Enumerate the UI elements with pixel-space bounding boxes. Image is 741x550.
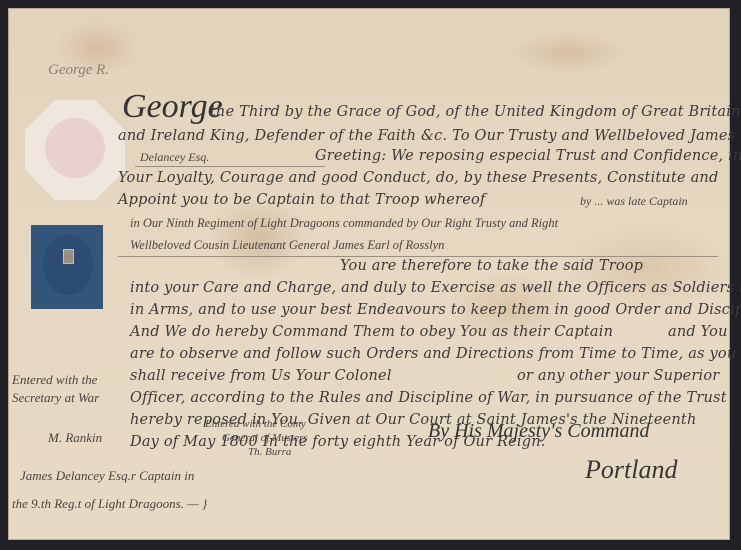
endorsement-line-2: the 9.th Reg.t of Light Dragoons. — } xyxy=(12,496,207,512)
closing-command: By His Majesty's Command xyxy=(428,420,649,443)
text-line-9: into your Care and Charge, and duly to E… xyxy=(130,280,741,296)
text-line-12: are to observe and follow such Orders an… xyxy=(130,346,736,362)
muster-note-1: Entered with the Comy xyxy=(205,418,306,430)
portland-signature: Portland xyxy=(585,455,677,485)
paper-seal xyxy=(25,100,125,200)
late-captain-fill-in: by ... was late Captain xyxy=(580,194,688,209)
text-line-4: Your Loyalty, Courage and good Conduct, … xyxy=(118,170,718,186)
text-line-10: in Arms, and to use your best Endeavours… xyxy=(130,302,741,318)
rankin-signature: M. Rankin xyxy=(48,430,102,446)
entered-note-1: Entered with the xyxy=(12,372,97,388)
endorsement-line-1: James Delancey Esq.r Captain in xyxy=(20,468,194,484)
text-line-11: And We do hereby Command Them to obey Yo… xyxy=(130,324,613,340)
text-line-3: Greeting: We reposing especial Trust and… xyxy=(315,148,741,164)
royal-sign-manual: George R. xyxy=(48,62,109,79)
text-line-1: the Third by the Grace of God, of the Un… xyxy=(210,104,741,120)
text-line-8: You are therefore to take the said Troop xyxy=(340,258,643,274)
name-fill-in: Delancey Esq. xyxy=(140,150,209,165)
emboss-icon xyxy=(43,235,93,295)
text-line-7: Wellbeloved Cousin Lieutenant General Ja… xyxy=(130,238,444,253)
text-line-2: and Ireland King, Defender of the Faith … xyxy=(118,128,735,144)
muster-signature: Th. Burra xyxy=(248,446,291,458)
text-line-13: shall receive from Us Your Colonel xyxy=(130,368,392,384)
superior-text: or any other your Superior xyxy=(517,368,719,384)
muster-note-2: General of Musters xyxy=(222,432,308,444)
entered-note-2: Secretary at War xyxy=(12,390,99,406)
and-you-text: and You xyxy=(668,324,728,340)
opening-word: George xyxy=(122,88,223,126)
blue-embossed-seal xyxy=(31,225,103,309)
text-line-14: Officer, according to the Rules and Disc… xyxy=(130,390,727,406)
text-line-6: in Our Ninth Regiment of Light Dragoons … xyxy=(130,216,558,231)
tax-stamp xyxy=(63,249,74,264)
text-line-5: Appoint you to be Captain to that Troop … xyxy=(118,192,485,208)
